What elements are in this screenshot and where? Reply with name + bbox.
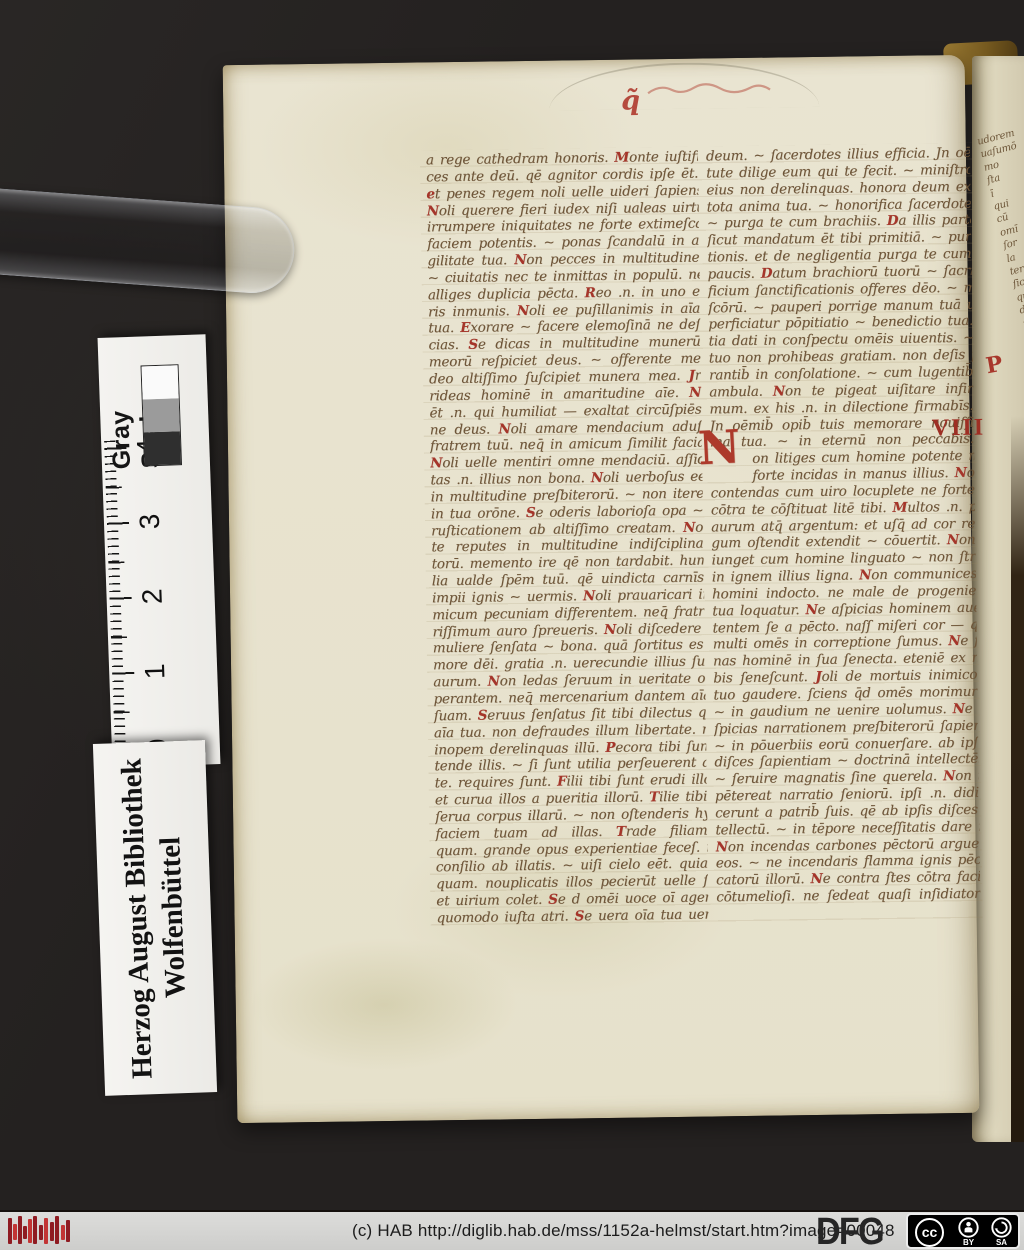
patch-white — [142, 365, 179, 399]
logo-bar — [23, 1226, 27, 1239]
running-header-squiggle — [644, 76, 774, 104]
patch-mid — [143, 398, 180, 432]
logo-bar — [33, 1216, 37, 1244]
manuscript-page: q̃ a rege cathedram honoris. Monte iuſti… — [223, 55, 980, 1123]
cc-by-person-icon — [958, 1217, 979, 1238]
cc-sa-sharealike-icon — [991, 1217, 1012, 1238]
text-column-left: a rege cathedram honoris. Monte iuſtific… — [426, 149, 709, 931]
gray-scale-card: 0 1 2 3 4 Gray Scale ◄ — [98, 334, 221, 768]
logo-bar — [66, 1220, 70, 1242]
cc-sa-label: SA — [991, 1238, 1012, 1247]
logo-bar — [55, 1216, 59, 1244]
adjacent-folio-edge: udorem aluaſumō dmo uertīſta bocōī ueſta… — [972, 56, 1024, 1142]
cc-license-badge: cc BY SA — [906, 1213, 1020, 1249]
chapter-numeral: VIII — [932, 415, 986, 443]
logo-bar — [18, 1216, 22, 1244]
manuscript-line: cōtumelioſi. ne ſedeat quaſi inſidiator — [716, 886, 980, 907]
rubricated-initial: N — [697, 423, 741, 471]
dfg-logo: DFG — [816, 1211, 883, 1250]
cc-icon: cc — [915, 1218, 944, 1247]
ruler-number-3: 3 — [134, 513, 167, 530]
ruler-number-2: 2 — [136, 588, 169, 605]
library-label: Herzog August Bibliothek Wolfenbüttel — [93, 740, 217, 1096]
ruler-number-1: 1 — [139, 663, 172, 680]
logo-bar — [50, 1222, 54, 1241]
credit-url-text: (c) HAB http://diglib.hab.de/mss/1152a-h… — [352, 1221, 895, 1241]
patch-dark — [144, 431, 181, 465]
digitized-manuscript-photo: { "scene": { "background_color": "#25222… — [0, 0, 1024, 1250]
logo-bar — [13, 1224, 17, 1240]
adjacent-folio-red-initial: P — [984, 351, 1005, 379]
logo-bar — [39, 1225, 43, 1240]
logo-bar — [61, 1225, 65, 1240]
fore-edge-shadow — [1011, 416, 1024, 1142]
manuscript-line: quomodo iuſta atri. Se uera oīa tua uene — [436, 906, 708, 927]
logo-bar — [44, 1218, 48, 1244]
running-header-glyph: q̃ — [621, 85, 640, 116]
running-header: q̃ — [621, 75, 792, 117]
gray-scale-patches — [141, 364, 183, 466]
logo-bar — [8, 1218, 12, 1244]
text-column-right: deum. ~ ſacerdotes illius efficia. Jn oē… — [706, 145, 981, 911]
hab-logo — [8, 1215, 76, 1247]
cc-by-label: BY — [958, 1238, 979, 1247]
ruler-cm-ticks — [104, 445, 137, 750]
credit-bar: (c) HAB http://diglib.hab.de/mss/1152a-h… — [0, 1212, 1024, 1250]
logo-bar — [28, 1219, 32, 1243]
